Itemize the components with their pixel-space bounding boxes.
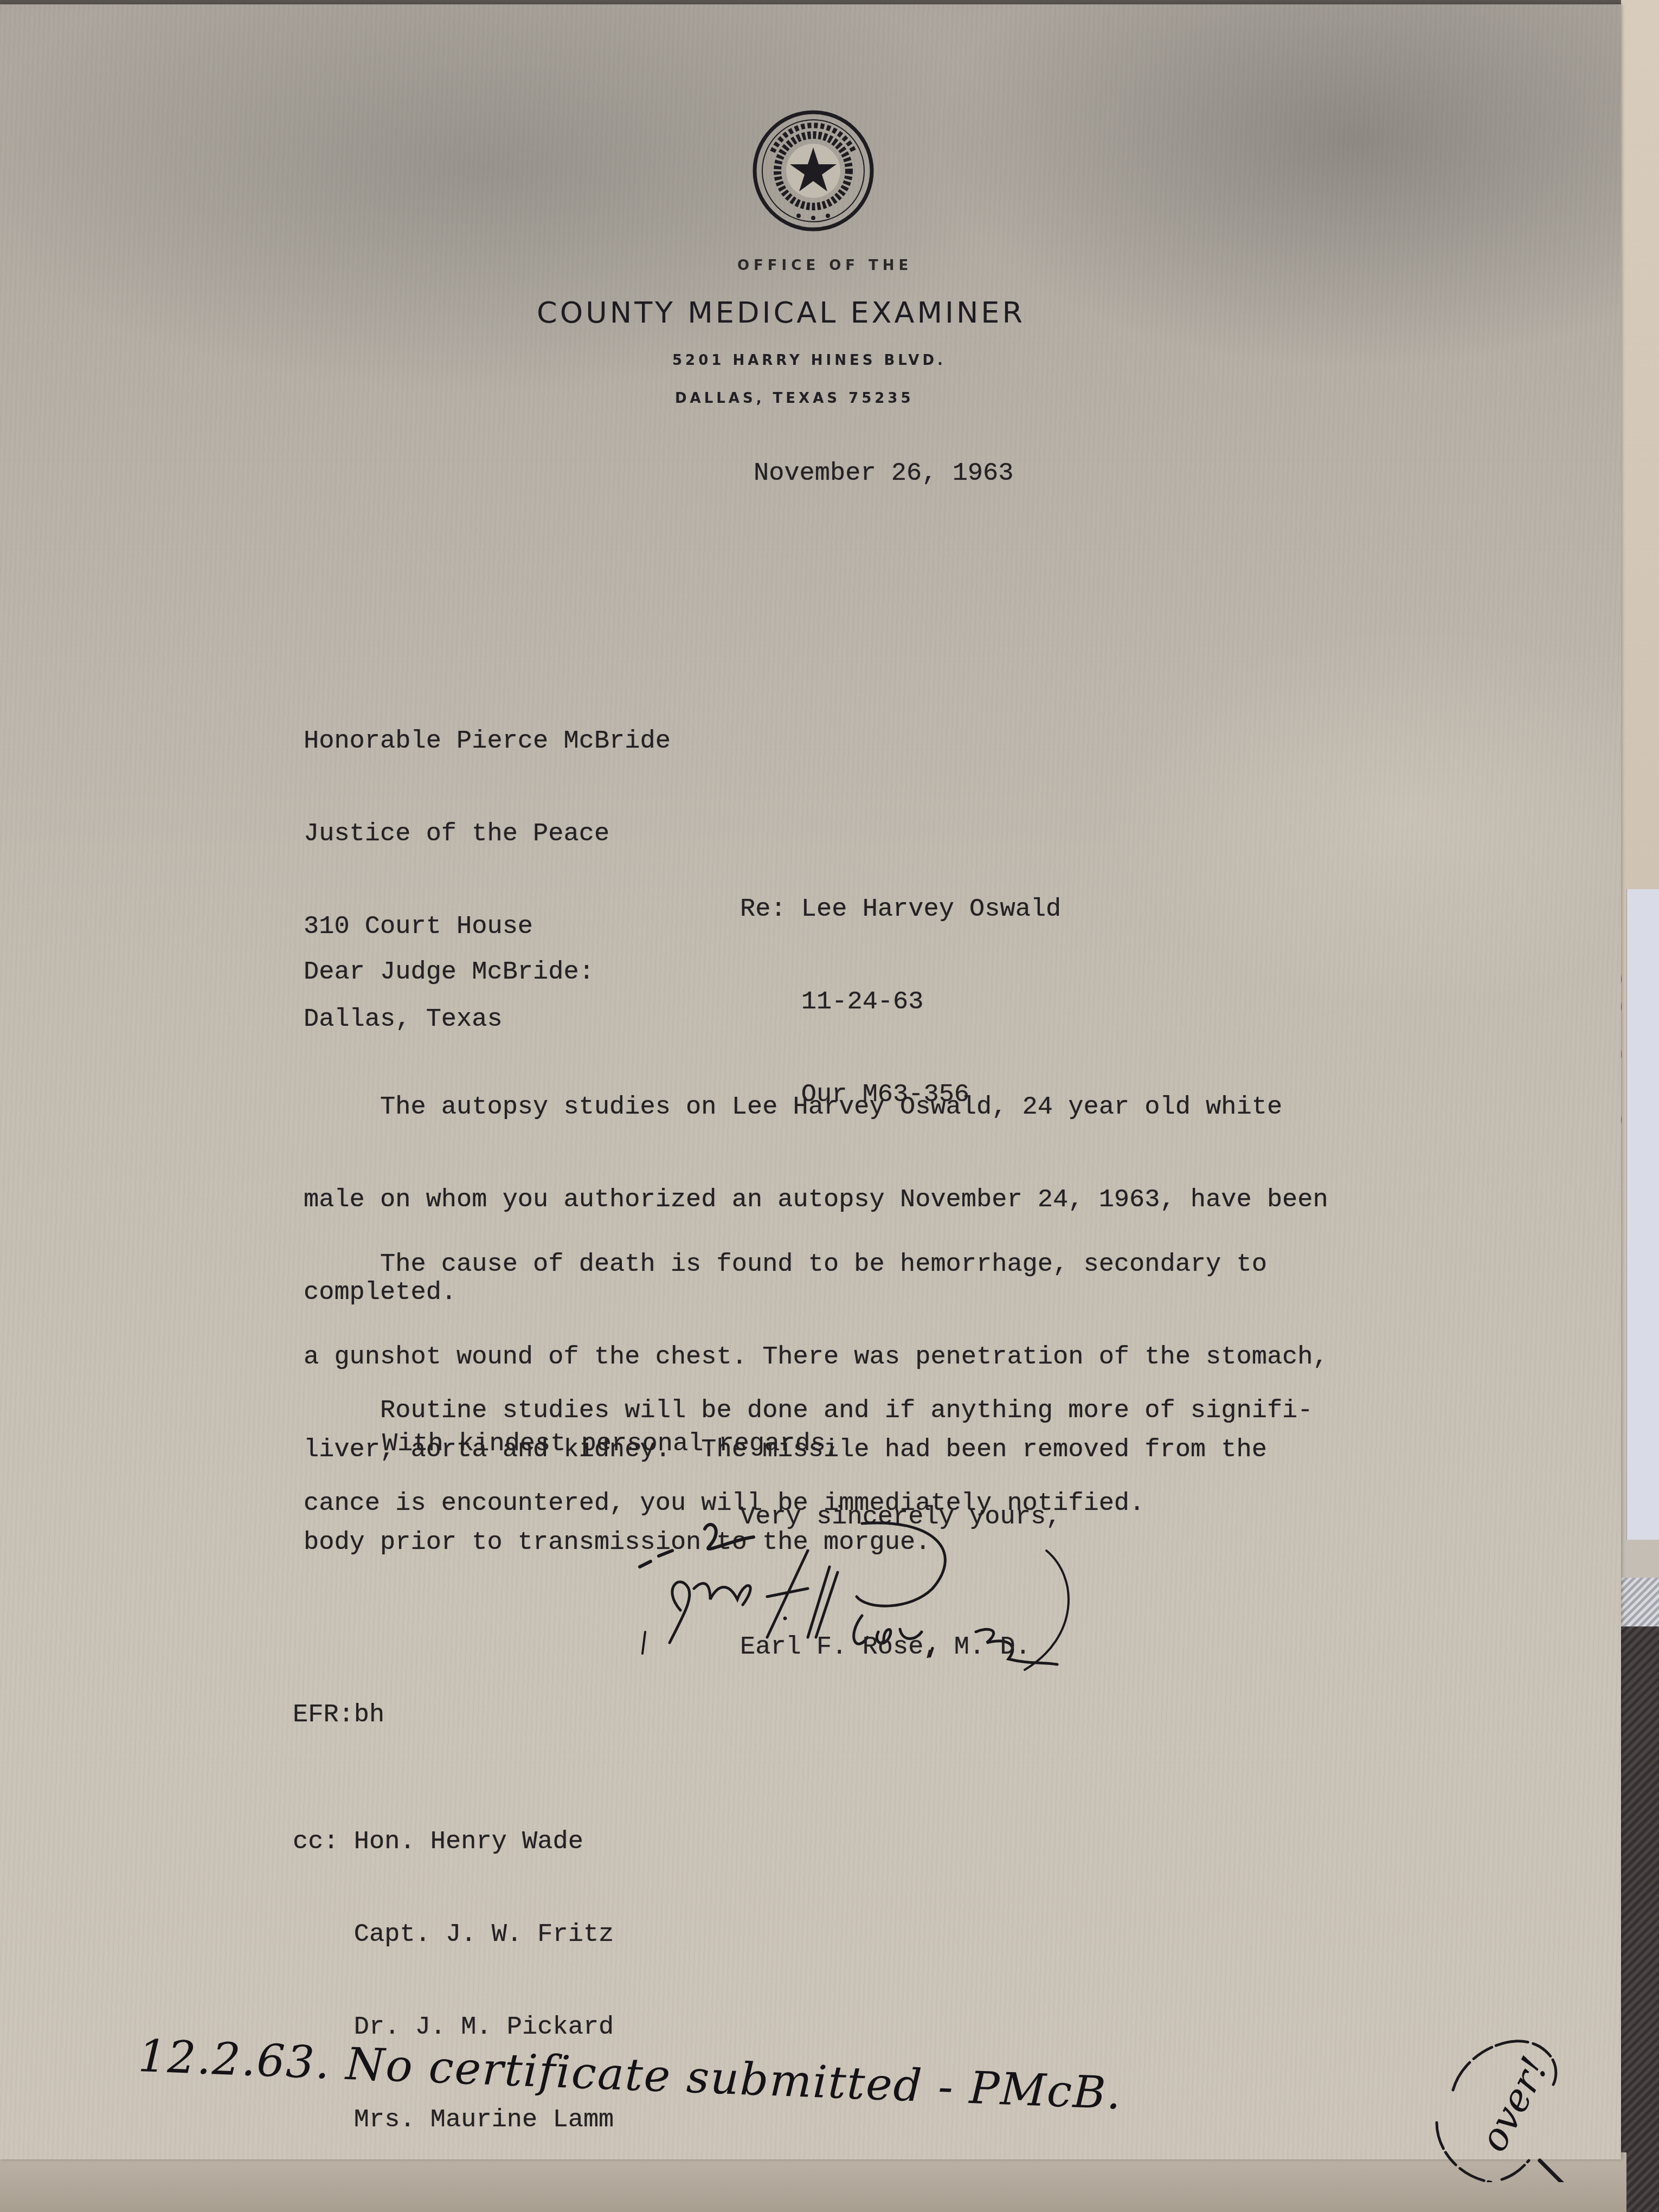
cc-line: Mrs. Maurine Lamm (293, 2105, 614, 2136)
body-line: The cause of death is found to be hemorr… (304, 1249, 1328, 1280)
letterhead-office-of: OFFICE OF THE (737, 258, 912, 274)
county-seal-icon (751, 108, 876, 233)
background-fabric-dark (1621, 1626, 1659, 2212)
signer-name: Earl F. Rose, M. D. (740, 1632, 1031, 1663)
letterhead-city: DALLAS, TEXAS 75235 (675, 390, 914, 407)
underlying-blue-sheet: M63-356 (1626, 889, 1659, 1540)
body-line: Routine studies will be done and if anyt… (304, 1396, 1313, 1426)
letterhead-title: COUNTY MEDICAL EXAMINER (537, 295, 1025, 330)
reference-line: Re: Lee Harvey Oswald (740, 894, 1061, 925)
background-cloth-bottom (0, 2152, 1626, 2212)
signature-icon (629, 1507, 1513, 1692)
body-line: The autopsy studies on Lee Harvey Oswald… (304, 1092, 1328, 1123)
reference-initials: EFR:bh (293, 1700, 384, 1731)
cc-line: Capt. J. W. Fritz (293, 1919, 614, 1950)
recipient-line: Justice of the Peace (304, 819, 671, 850)
cc-list: cc: Hon. Henry Wade Capt. J. W. Fritz Dr… (293, 1765, 614, 2166)
letter-date: November 26, 1963 (754, 458, 1013, 489)
cc-line: cc: Hon. Henry Wade (293, 1827, 614, 1857)
letterhead-street: 5201 HARRY HINES BLVD. (672, 352, 946, 369)
recipient-address: Honorable Pierce McBride Justice of the … (304, 664, 671, 1066)
closing-regards: With kindest personal regards, (382, 1429, 841, 1459)
recipient-line: Honorable Pierce McBride (304, 726, 671, 757)
reference-line: 11-24-63 (740, 987, 1061, 1018)
salutation: Dear Judge McBride: (304, 957, 594, 988)
recipient-line: 310 Court House (304, 911, 671, 942)
